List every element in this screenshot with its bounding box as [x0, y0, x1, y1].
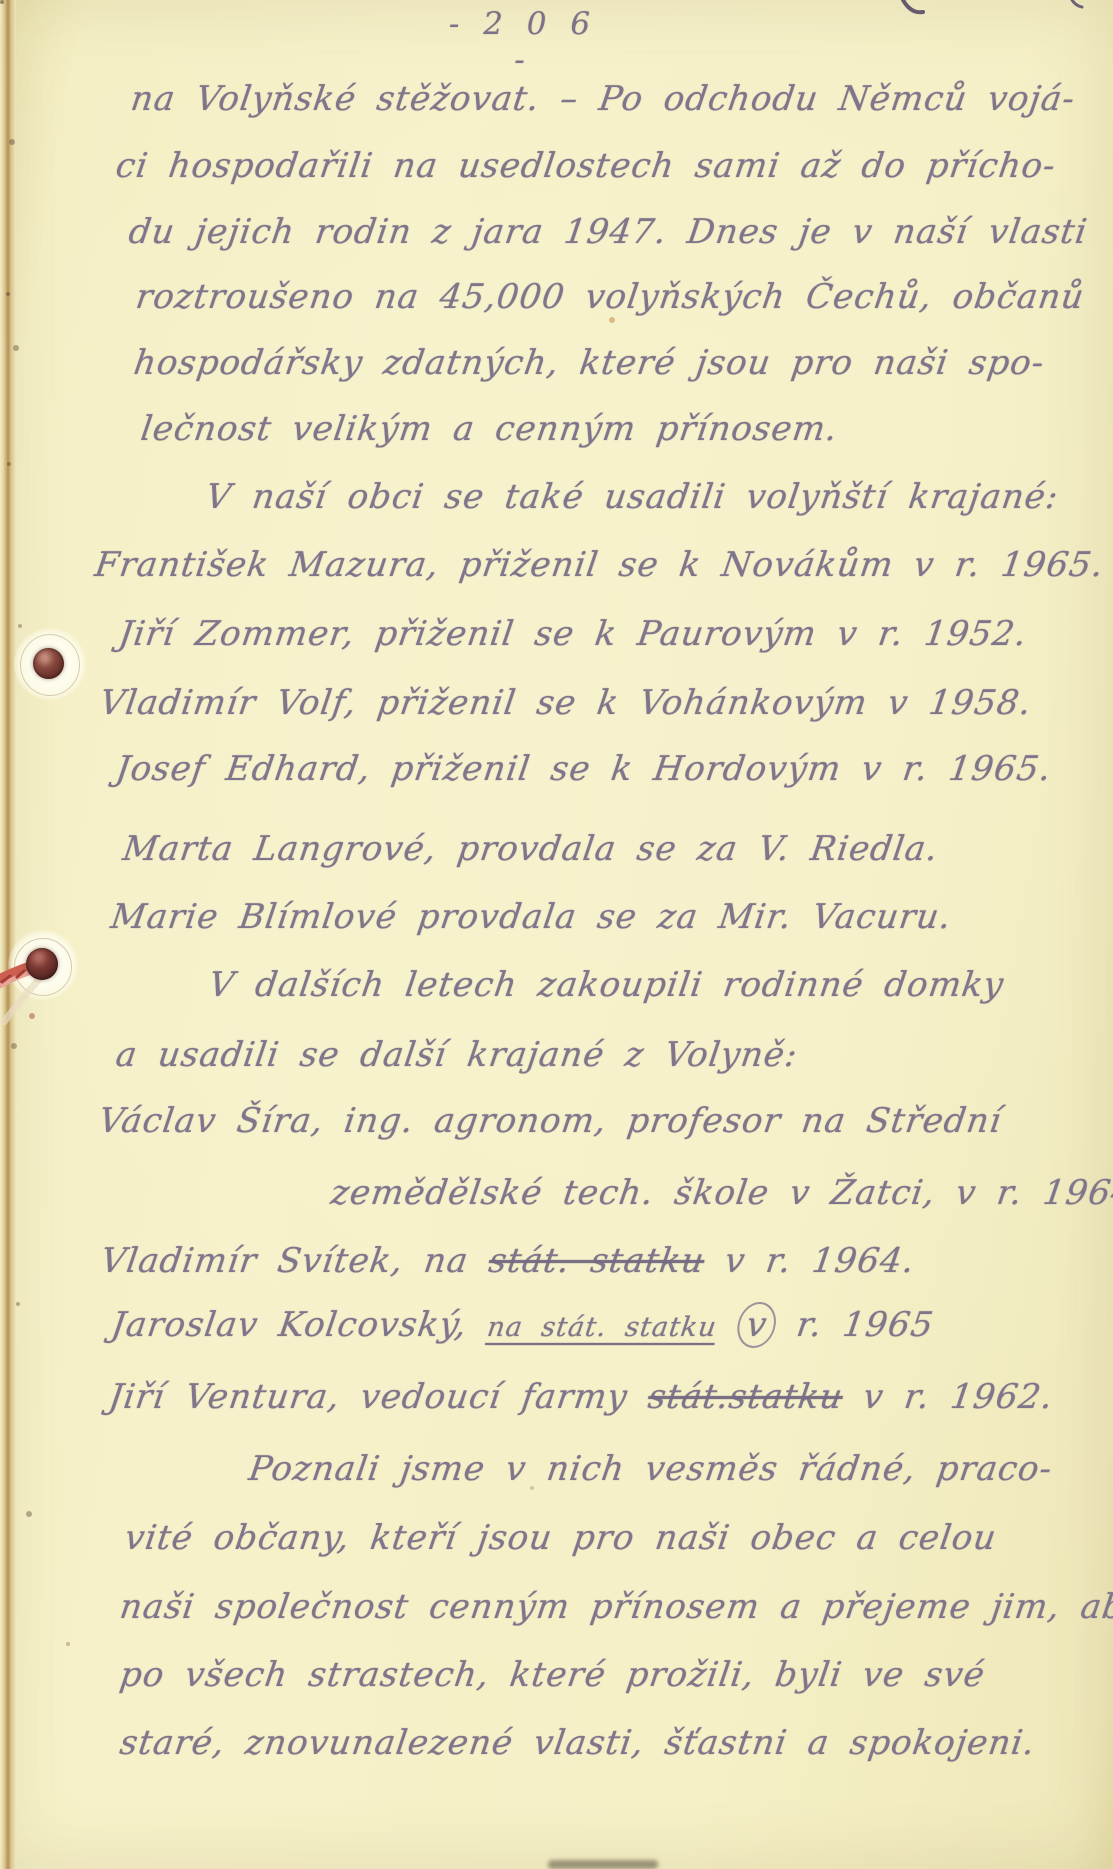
- handwritten-line: hospodářsky zdatných, které jsou pro naš…: [131, 340, 1048, 386]
- handwritten-text: Vladimír Volf, přiženil se k Vohánkovým …: [97, 683, 1034, 723]
- handwritten-line: Jiří Ventura, vedoucí farmy stát.statku …: [106, 1374, 1056, 1420]
- handwritten-text: zemědělské tech. škole v Žatci, v r. 196…: [328, 1173, 1113, 1213]
- handwritten-text: naši společnost cenným přínosem a přejem…: [117, 1587, 1113, 1627]
- handwritten-line: na Volyňské stěžovat. – Po odchodu Němců…: [128, 76, 1078, 122]
- handwritten-text: Václav Šíra, ing. agronom, profesor na S…: [96, 1101, 1004, 1141]
- handwritten-line: Marta Langrové, provdala se za V. Riedla…: [120, 826, 941, 872]
- manuscript-page: - 2 0 6 - na Volyňské stěžovat. – Po odc…: [0, 0, 1113, 1869]
- handwritten-line: naši společnost cenným přínosem a přejem…: [117, 1584, 1113, 1630]
- handwritten-line: a usadili se další krajané z Volyně:: [113, 1032, 801, 1078]
- handwritten-text: hospodářsky zdatných, které jsou pro naš…: [131, 343, 1047, 383]
- handwritten-text: roztroušeno na 45,000 volyňských Čechů, …: [133, 277, 1087, 317]
- handwritten-line: du jejich rodin z jara 1947. Dnes je v n…: [126, 209, 1090, 255]
- handwritten-text: V dalších letech zakoupili rodinné domky: [206, 965, 1006, 1005]
- handwritten-line: V naší obci se také usadili volyňští kra…: [203, 474, 1062, 520]
- handwritten-line: Marie Blímlové provdala se za Mir. Vacur…: [108, 894, 955, 940]
- handwritten-text: Jiří Zommer, přiženil se k Paurovým v r.…: [116, 614, 1029, 654]
- handwritten-text: František Mazura, přiženil se k Novákům …: [92, 545, 1106, 585]
- handwritten-text: V naší obci se také usadili volyňští kra…: [203, 477, 1061, 517]
- handwritten-line: Vladimír Volf, přiženil se k Vohánkovým …: [97, 680, 1035, 726]
- handwritten-text: staré, znovunalezené vlasti, šťastni a s…: [117, 1723, 1038, 1763]
- handwritten-line: zemědělské tech. škole v Žatci, v r. 196…: [328, 1170, 1113, 1216]
- handwritten-text: na Volyňské stěžovat. – Po odchodu Němců…: [128, 79, 1077, 119]
- handwritten-line: lečnost velikým a cenným přínosem.: [138, 406, 841, 452]
- handwritten-text: po všech strastech, které prožili, byli …: [117, 1655, 987, 1695]
- handwritten-line: Josef Edhard, přiženil se k Hordovým v r…: [113, 746, 1055, 792]
- torn-page-edge: [0, 0, 16, 1869]
- handwritten-text: Marta Langrové, provdala se za V. Riedla…: [120, 829, 940, 869]
- handwritten-line: V dalších letech zakoupili rodinné domky: [206, 962, 1007, 1008]
- handwritten-text: a usadili se další krajané z Volyně:: [113, 1035, 800, 1075]
- handwritten-line: ci hospodařili na usedlostech sami až do…: [113, 143, 1059, 189]
- handwritten-text: r. 1965: [773, 1305, 936, 1345]
- handwritten-line: po všech strastech, které prožili, byli …: [117, 1652, 988, 1698]
- handwritten-text: ci hospodařili na usedlostech sami až do…: [113, 146, 1058, 186]
- handwritten-text: lečnost velikým a cenným přínosem.: [138, 409, 840, 449]
- handwritten-text: Jaroslav Kolcovský,: [109, 1305, 491, 1345]
- scan-smudge: [548, 1860, 658, 1869]
- handwritten-text: v r. 1962.: [840, 1377, 1056, 1417]
- handwritten-text: na stát. statku: [485, 1312, 719, 1343]
- handwritten-line: vité občany, kteří jsou pro naši obec a …: [122, 1515, 1000, 1561]
- handwritten-text: Jiří Ventura, vedoucí farmy: [106, 1377, 651, 1417]
- binding-eyelet-bottom: [26, 948, 58, 980]
- handwritten-text: stát.statku: [646, 1377, 846, 1417]
- handwritten-text: Marie Blímlové provdala se za Mir. Vacur…: [108, 897, 954, 937]
- handwritten-line: František Mazura, přiženil se k Novákům …: [92, 542, 1107, 588]
- handwritten-text: vité občany, kteří jsou pro naši obec a …: [122, 1518, 999, 1558]
- handwritten-line: Václav Šíra, ing. agronom, profesor na S…: [96, 1098, 1005, 1144]
- handwritten-line: Jaroslav Kolcovský, na stát. statku v r.…: [108, 1302, 937, 1351]
- handwritten-line: Poznali jsme v nich vesměs řádné, praco-: [246, 1446, 1055, 1492]
- binding-eyelet-top: [33, 648, 64, 679]
- handwritten-line: Vladimír Svítek, na stát. statku v r. 19…: [98, 1238, 918, 1284]
- handwritten-text: du jejich rodin z jara 1947. Dnes je v n…: [126, 212, 1090, 252]
- page-number: - 2 0 6 -: [438, 6, 608, 78]
- handwritten-text: stát. statku: [486, 1241, 707, 1281]
- handwritten-text: Josef Edhard, přiženil se k Hordovým v r…: [113, 749, 1054, 789]
- handwritten-line: roztroušeno na 45,000 volyňských Čechů, …: [133, 274, 1087, 320]
- handwritten-text: Vladimír Svítek, na: [98, 1241, 491, 1281]
- paper-specks: [0, 0, 4, 4]
- handwritten-text: v r. 1964.: [702, 1241, 918, 1281]
- handwritten-text: Poznali jsme v nich vesměs řádné, praco-: [246, 1449, 1055, 1489]
- handwritten-line: Jiří Zommer, přiženil se k Paurovým v r.…: [116, 611, 1030, 657]
- handwritten-line: staré, znovunalezené vlasti, šťastni a s…: [117, 1720, 1038, 1766]
